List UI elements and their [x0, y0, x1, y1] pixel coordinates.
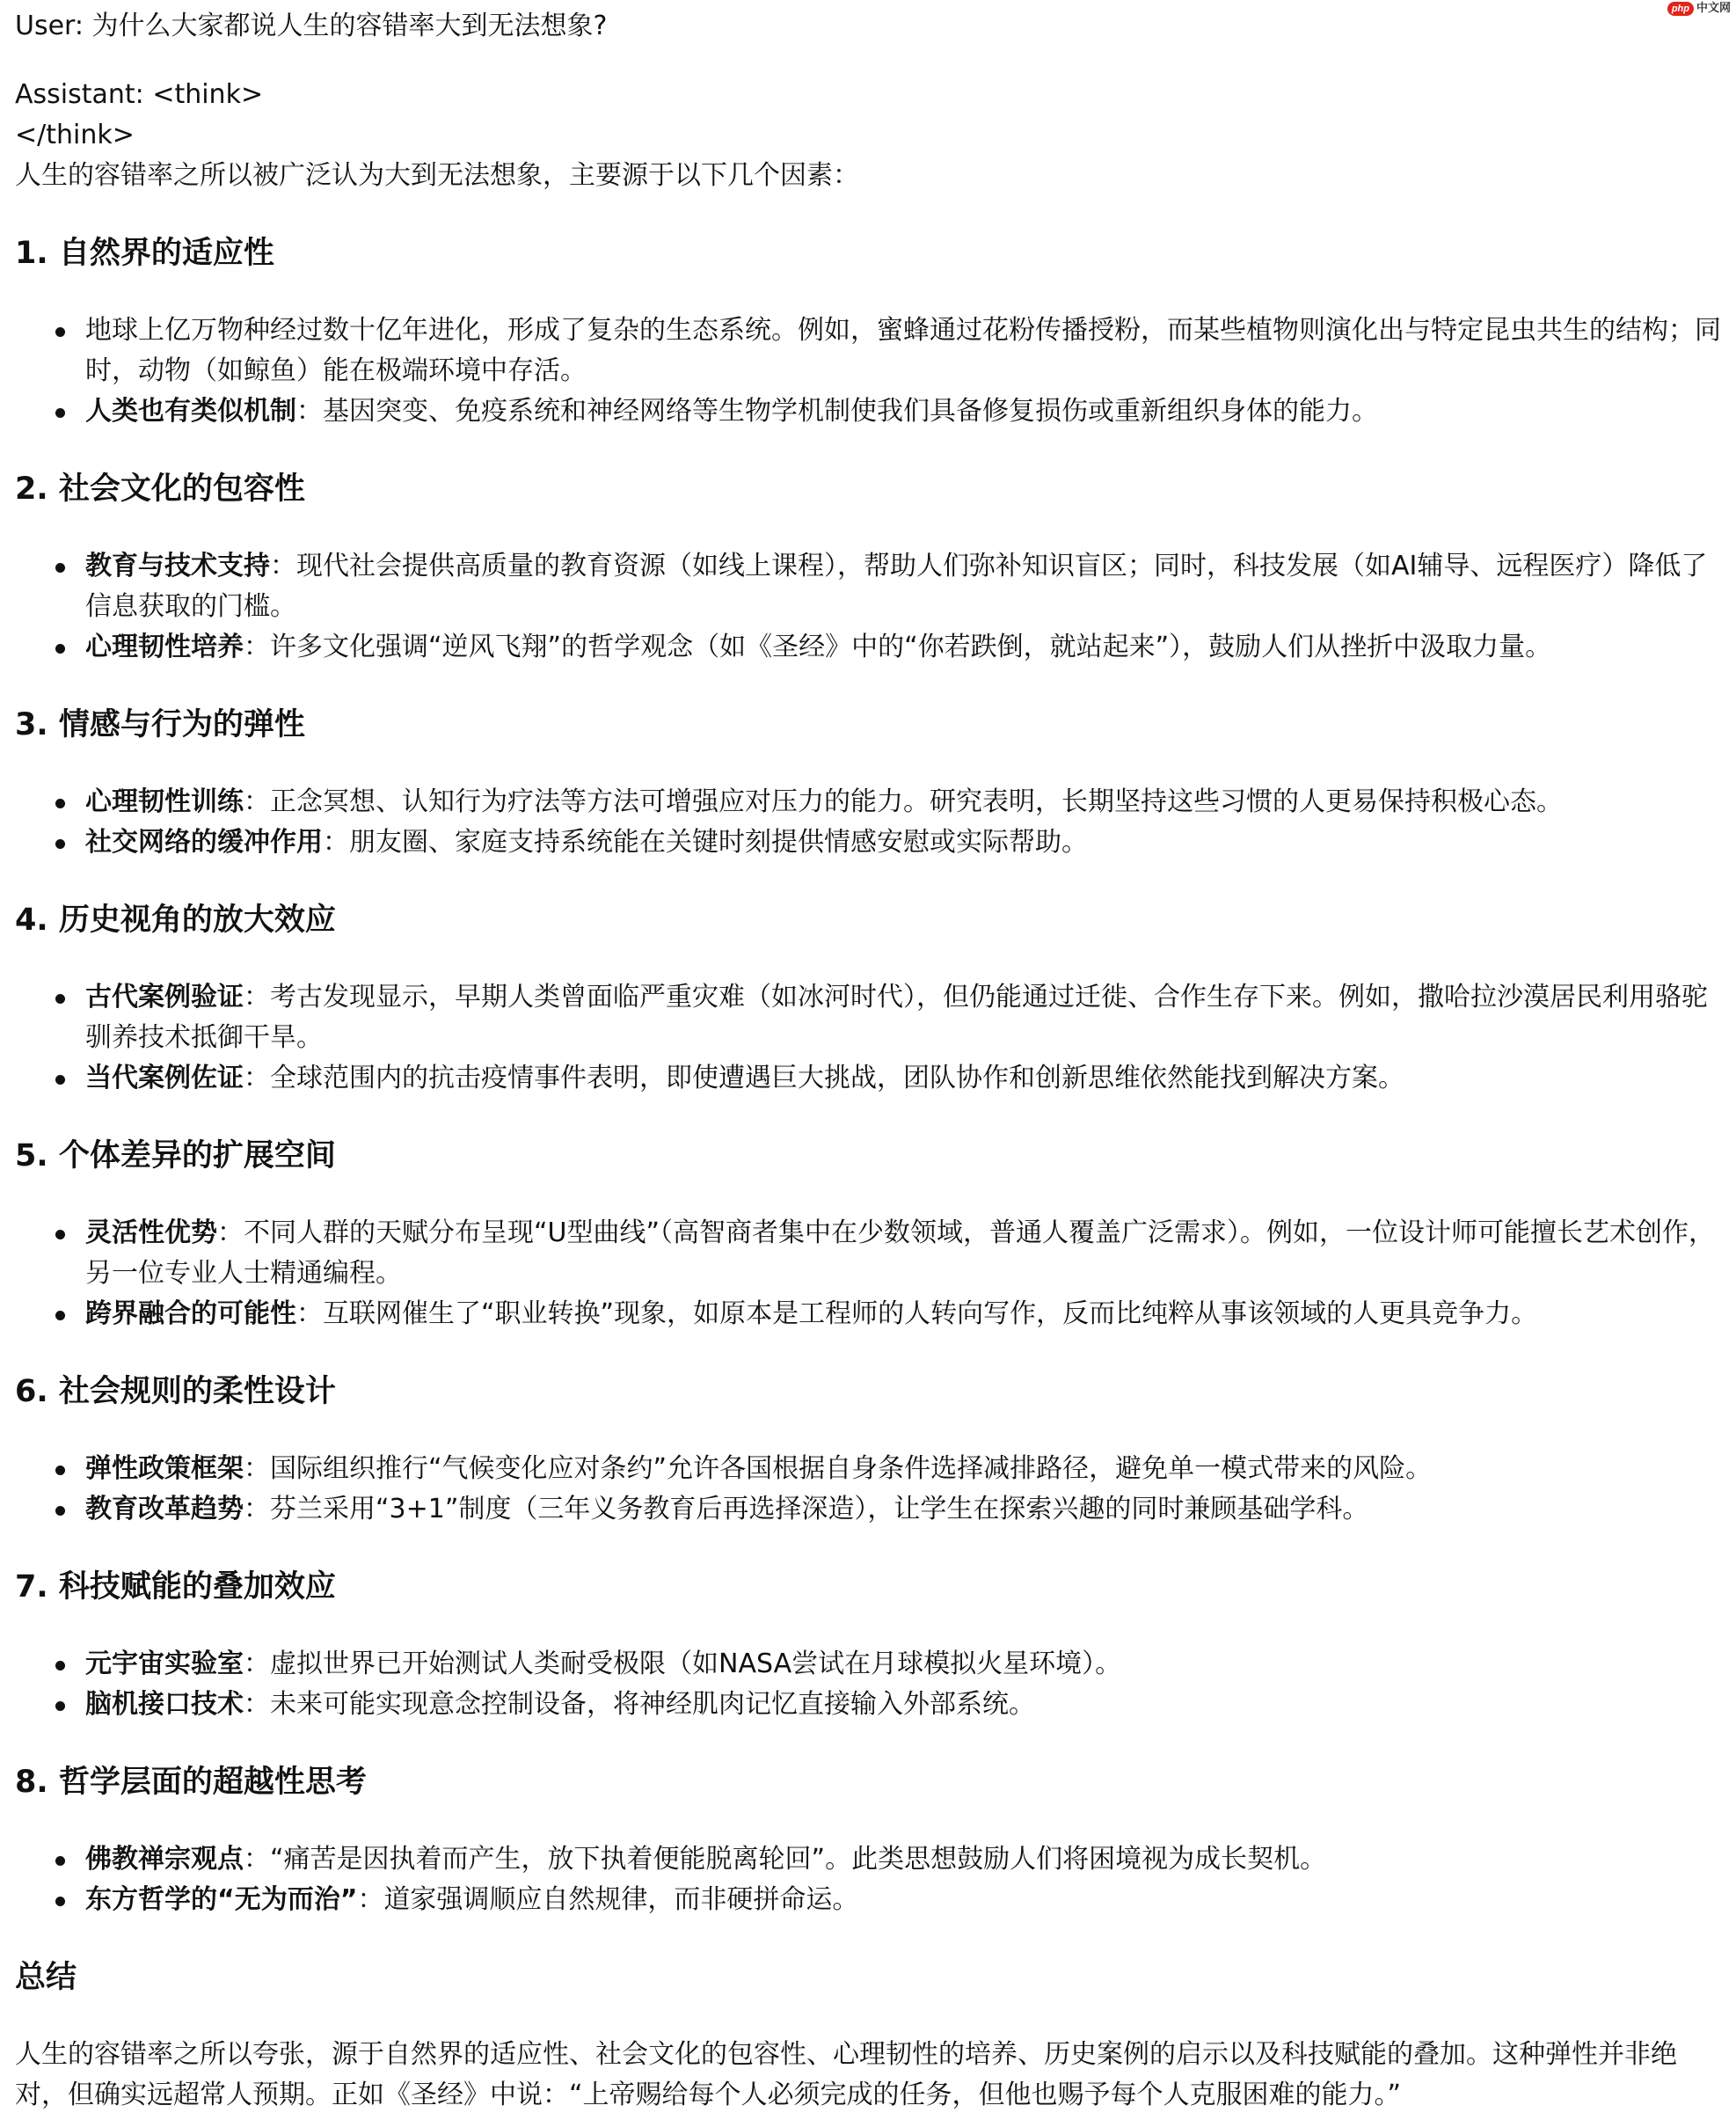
list-item: 地球上亿万物种经过数十亿年进化，形成了复杂的生态系统。例如，蜜蜂通过花粉传播授粉…	[85, 311, 1729, 391]
section-heading: 8. 哲学层面的超越性思考	[15, 1762, 1729, 1802]
bullet-label: 跨界融合的可能性	[85, 1298, 296, 1329]
bullet-text: ：虚拟世界已开始测试人类耐受极限（如NASA尝试在月球模拟火星环境）。	[244, 1648, 1121, 1679]
list-item: 东方哲学的“无为而治”：道家强调顺应自然规律，而非硬拼命运。	[85, 1880, 1729, 1920]
list-item: 心理韧性培养：许多文化强调“逆风飞翔”的哲学观念（如《圣经》中的“你若跌倒，就站…	[85, 627, 1729, 668]
list-item: 元宇宙实验室：虚拟世界已开始测试人类耐受极限（如NASA尝试在月球模拟火星环境）…	[85, 1644, 1729, 1685]
bullet-list: 教育与技术支持：现代社会提供高质量的教育资源（如线上课程），帮助人们弥补知识盲区…	[15, 546, 1729, 668]
list-item: 跨界融合的可能性：互联网催生了“职业转换”现象，如原本是工程师的人转向写作，反而…	[85, 1294, 1729, 1334]
bullet-text: ：全球范围内的抗击疫情事件表明，即使遭遇巨大挑战，团队协作和创新思维依然能找到解…	[244, 1063, 1404, 1093]
section-3: 3. 情感与行为的弹性 心理韧性训练：正念冥想、认知行为疗法等方法可增强应对压力…	[15, 705, 1729, 863]
bullet-text: ：未来可能实现意念控制设备，将神经肌肉记忆直接输入外部系统。	[244, 1689, 1035, 1720]
bullet-text: ：基因突变、免疫系统和神经网络等生物学机制使我们具备修复损伤或重新组织身体的能力…	[296, 396, 1378, 427]
list-item: 社交网络的缓冲作用：朋友圈、家庭支持系统能在关键时刻提供情感安慰或实际帮助。	[85, 822, 1729, 863]
bullet-text: ：道家强调顺应自然规律，而非硬拼命运。	[357, 1884, 858, 1915]
bullet-list: 弹性政策框架：国际组织推行“气候变化应对条约”允许各国根据自身条件选择减排路径，…	[15, 1449, 1729, 1530]
bullet-label: 元宇宙实验室	[85, 1648, 244, 1679]
spacer	[15, 47, 1729, 75]
user-message: User: 为什么大家都说人生的容错率大到无法想象?	[15, 6, 1729, 47]
bullet-text: ：许多文化强调“逆风飞翔”的哲学观念（如《圣经》中的“你若跌倒，就站起来”），鼓…	[244, 632, 1551, 662]
section-heading: 7. 科技赋能的叠加效应	[15, 1567, 1729, 1607]
bullet-text: ：国际组织推行“气候变化应对条约”允许各国根据自身条件选择减排路径，避免单一模式…	[244, 1453, 1432, 1484]
bullet-text: ：正念冥想、认知行为疗法等方法可增强应对压力的能力。研究表明，长期坚持这些习惯的…	[244, 786, 1563, 817]
section-5: 5. 个体差异的扩展空间 灵活性优势：不同人群的天赋分布呈现“U型曲线”（高智商…	[15, 1136, 1729, 1334]
list-item: 心理韧性训练：正念冥想、认知行为疗法等方法可增强应对压力的能力。研究表明，长期坚…	[85, 782, 1729, 822]
list-item: 教育与技术支持：现代社会提供高质量的教育资源（如线上课程），帮助人们弥补知识盲区…	[85, 546, 1729, 627]
bullet-list: 心理韧性训练：正念冥想、认知行为疗法等方法可增强应对压力的能力。研究表明，长期坚…	[15, 782, 1729, 863]
section-6: 6. 社会规则的柔性设计 弹性政策框架：国际组织推行“气候变化应对条约”允许各国…	[15, 1371, 1729, 1530]
bullet-label: 脑机接口技术	[85, 1689, 244, 1720]
bullet-label: 弹性政策框架	[85, 1453, 244, 1484]
list-item: 佛教禅宗观点：“痛苦是因执着而产生，放下执着便能脱离轮回”。此类思想鼓励人们将困…	[85, 1839, 1729, 1880]
bullet-text: ：不同人群的天赋分布呈现“U型曲线”（高智商者集中在少数领域，普通人覆盖广泛需求…	[85, 1217, 1715, 1289]
bullet-list: 元宇宙实验室：虚拟世界已开始测试人类耐受极限（如NASA尝试在月球模拟火星环境）…	[15, 1644, 1729, 1725]
bullet-label: 教育与技术支持	[85, 551, 270, 581]
section-2: 2. 社会文化的包容性 教育与技术支持：现代社会提供高质量的教育资源（如线上课程…	[15, 469, 1729, 668]
bullet-text: 地球上亿万物种经过数十亿年进化，形成了复杂的生态系统。例如，蜜蜂通过花粉传播授粉…	[85, 315, 1721, 386]
section-heading: 1. 自然界的适应性	[15, 233, 1729, 274]
bullet-label: 教育改革趋势	[85, 1494, 244, 1524]
section-heading: 3. 情感与行为的弹性	[15, 705, 1729, 745]
bullet-text: ：互联网催生了“职业转换”现象，如原本是工程师的人转向写作，反而比纯粹从事该领域…	[296, 1298, 1537, 1329]
list-item: 当代案例佐证：全球范围内的抗击疫情事件表明，即使遭遇巨大挑战，团队协作和创新思维…	[85, 1058, 1729, 1099]
list-item: 脑机接口技术：未来可能实现意念控制设备，将神经肌肉记忆直接输入外部系统。	[85, 1685, 1729, 1725]
intro-paragraph: 人生的容错率之所以被广泛认为大到无法想象，主要源于以下几个因素：	[15, 156, 1729, 196]
bullet-text: ：考古发现显示，早期人类曾面临严重灾难（如冰河时代），但仍能通过迁徙、合作生存下…	[85, 982, 1708, 1053]
bullet-list: 古代案例验证：考古发现显示，早期人类曾面临严重灾难（如冰河时代），但仍能通过迁徙…	[15, 977, 1729, 1099]
section-4: 4. 历史视角的放大效应 古代案例验证：考古发现显示，早期人类曾面临严重灾难（如…	[15, 900, 1729, 1099]
section-heading: 6. 社会规则的柔性设计	[15, 1371, 1729, 1412]
assistant-label: Assistant: <think>	[15, 75, 1729, 115]
bullet-label: 心理韧性培养	[85, 632, 244, 662]
list-item: 灵活性优势：不同人群的天赋分布呈现“U型曲线”（高智商者集中在少数领域，普通人覆…	[85, 1213, 1729, 1294]
bullet-label: 当代案例佐证	[85, 1063, 244, 1093]
summary-paragraph: 人生的容错率之所以夸张，源于自然界的适应性、社会文化的包容性、心理韧性的培养、历…	[15, 2035, 1729, 2116]
think-close-tag: </think>	[15, 115, 1729, 156]
section-heading: 5. 个体差异的扩展空间	[15, 1136, 1729, 1176]
section-8: 8. 哲学层面的超越性思考 佛教禅宗观点：“痛苦是因执着而产生，放下执着便能脱离…	[15, 1762, 1729, 1920]
summary-heading: 总结	[15, 1957, 1729, 1998]
list-item: 古代案例验证：考古发现显示，早期人类曾面临严重灾难（如冰河时代），但仍能通过迁徙…	[85, 977, 1729, 1058]
bullet-label: 灵活性优势	[85, 1217, 217, 1248]
bullet-label: 心理韧性训练	[85, 786, 244, 817]
bullet-list: 佛教禅宗观点：“痛苦是因执着而产生，放下执着便能脱离轮回”。此类思想鼓励人们将困…	[15, 1839, 1729, 1920]
section-heading: 4. 历史视角的放大效应	[15, 900, 1729, 940]
bullet-list: 地球上亿万物种经过数十亿年进化，形成了复杂的生态系统。例如，蜜蜂通过花粉传播授粉…	[15, 311, 1729, 432]
bullet-label: 社交网络的缓冲作用	[85, 827, 323, 858]
bullet-label: 古代案例验证	[85, 982, 244, 1012]
bullet-text: ：芬兰采用“3+1”制度（三年义务教育后再选择深造），让学生在探索兴趣的同时兼顾…	[244, 1494, 1368, 1524]
list-item: 人类也有类似机制：基因突变、免疫系统和神经网络等生物学机制使我们具备修复损伤或重…	[85, 391, 1729, 432]
summary-section: 总结 人生的容错率之所以夸张，源于自然界的适应性、社会文化的包容性、心理韧性的培…	[15, 1957, 1729, 2116]
section-7: 7. 科技赋能的叠加效应 元宇宙实验室：虚拟世界已开始测试人类耐受极限（如NAS…	[15, 1567, 1729, 1725]
list-item: 弹性政策框架：国际组织推行“气候变化应对条约”允许各国根据自身条件选择减排路径，…	[85, 1449, 1729, 1489]
chat-transcript: User: 为什么大家都说人生的容错率大到无法想象? Assistant: <t…	[15, 6, 1729, 2116]
bullet-label: 佛教禅宗观点	[85, 1844, 244, 1875]
bullet-text: ：现代社会提供高质量的教育资源（如线上课程），帮助人们弥补知识盲区；同时，科技发…	[85, 551, 1707, 622]
list-item: 教育改革趋势：芬兰采用“3+1”制度（三年义务教育后再选择深造），让学生在探索兴…	[85, 1489, 1729, 1530]
bullet-list: 灵活性优势：不同人群的天赋分布呈现“U型曲线”（高智商者集中在少数领域，普通人覆…	[15, 1213, 1729, 1334]
bullet-label: 人类也有类似机制	[85, 396, 296, 427]
bullet-text: ：“痛苦是因执着而产生，放下执着便能脱离轮回”。此类思想鼓励人们将困境视为成长契…	[244, 1844, 1326, 1875]
bullet-text: ：朋友圈、家庭支持系统能在关键时刻提供情感安慰或实际帮助。	[323, 827, 1088, 858]
section-heading: 2. 社会文化的包容性	[15, 469, 1729, 509]
bullet-label: 东方哲学的“无为而治”	[85, 1884, 357, 1915]
section-1: 1. 自然界的适应性 地球上亿万物种经过数十亿年进化，形成了复杂的生态系统。例如…	[15, 233, 1729, 432]
